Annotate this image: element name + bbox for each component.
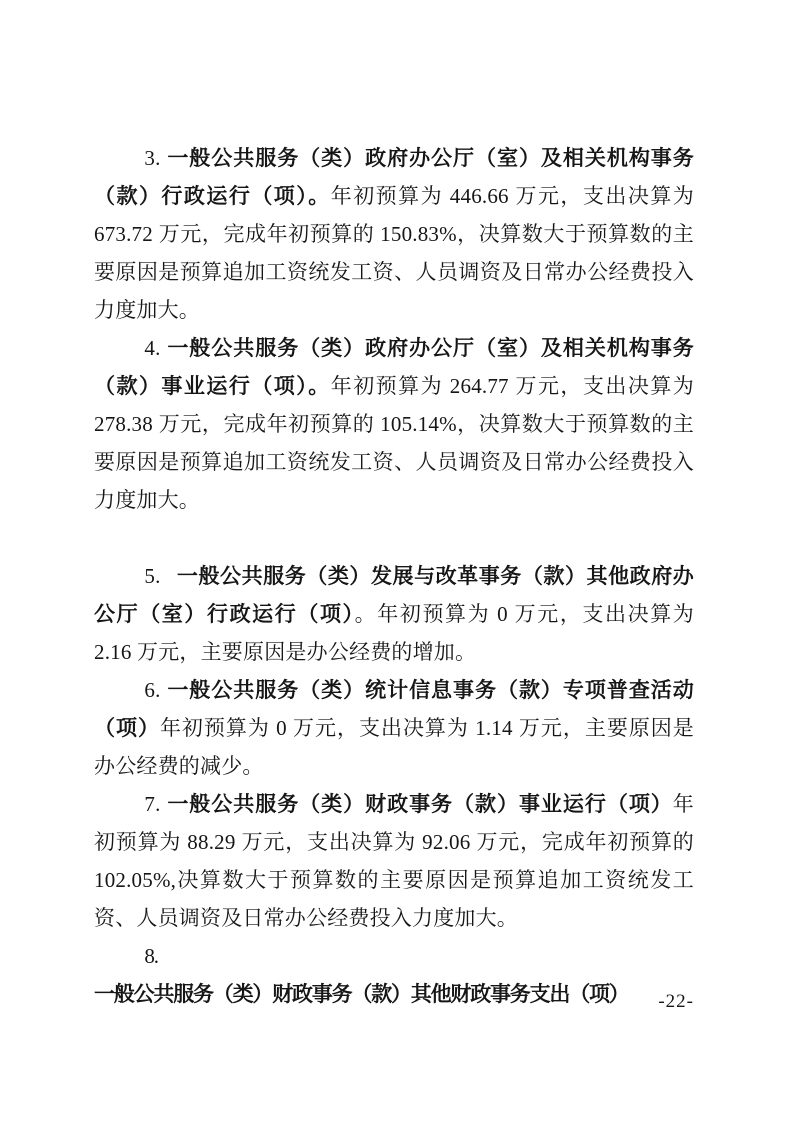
paragraph-number: 3. [144, 146, 160, 170]
paragraph-number: 7. [144, 792, 160, 816]
paragraph-item-4: 4.一般公共服务（类）政府办公厅（室）及相关机构事务（款）事业运行（项）。年初预… [94, 329, 694, 519]
paragraph-heading: 一般公共服务（类）财政事务（款）其他财政事务支出（项） [94, 982, 629, 1006]
document-page: 3.一般公共服务（类）政府办公厅（室）及相关机构事务（款）行政运行（项）。年初预… [0, 0, 793, 1122]
paragraph-item-7: 7.一般公共服务（类）财政事务（款）事业运行（项）年初预算为 88.29 万元，… [94, 785, 694, 937]
paragraph-number: 8. [144, 944, 157, 968]
paragraph-item-8: 8.一般公共服务（类）财政事务（款）其他财政事务支出（项） [94, 937, 694, 1013]
page-content: 3.一般公共服务（类）政府办公厅（室）及相关机构事务（款）行政运行（项）。年初预… [94, 139, 694, 1013]
paragraph-number: 4. [144, 336, 160, 360]
paragraph-item-3: 3.一般公共服务（类）政府办公厅（室）及相关机构事务（款）行政运行（项）。年初预… [94, 139, 694, 329]
paragraph-body: 年初预算为 0 万元，支出决算为 1.14 万元，主要原因是办公经费的减少。 [94, 716, 694, 778]
page-number: -22- [658, 991, 694, 1013]
paragraph-item-6: 6.一般公共服务（类）统计信息事务（款）专项普查活动（项）年初预算为 0 万元，… [94, 671, 694, 785]
paragraph-number: 6. [144, 678, 160, 702]
paragraph-item-5: 5.一般公共服务（类）发展与改革事务（款）其他政府办公厅（室）行政运行（项）。年… [94, 557, 694, 671]
paragraph-number: 5. [144, 564, 160, 588]
paragraph-heading: 一般公共服务（类）财政事务（款）事业运行（项） [167, 792, 673, 816]
